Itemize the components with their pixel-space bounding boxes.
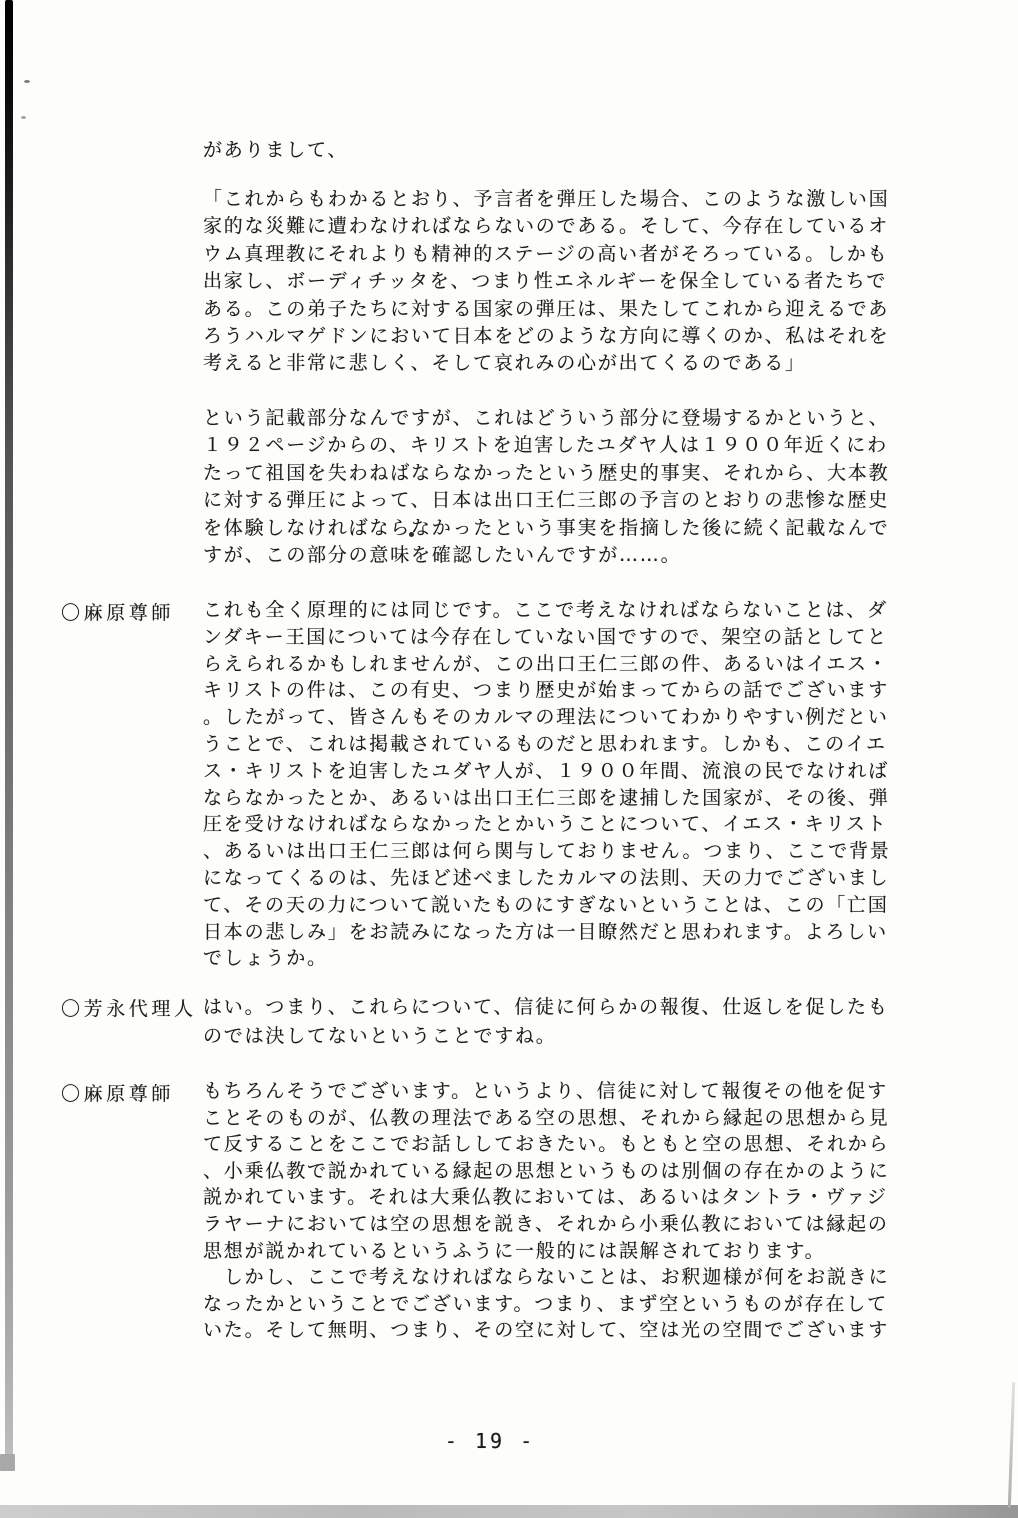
scan-bottom-edge-artifact: [0, 1505, 1018, 1518]
speaker-label: 〇芳永代理人: [61, 994, 197, 1021]
scan-right-edge-artifact: [1008, 1382, 1015, 1508]
text-line: らえられるかもしれませんが、この出口王仁三郎の件、あるいはイエス・: [203, 651, 963, 678]
text-line: キリストの件は、この有史、つまり歴史が始まってからの話でございます: [203, 677, 963, 704]
text-line: ことそのものが、仏教の理法である空の思想、それから縁起の思想から見: [203, 1105, 963, 1132]
scanned-page: がありまして、「これからもわかるとおり、予言者を弾圧した場合、このような激しい国…: [0, 0, 1018, 1518]
scan-binding-artifact: [5, 0, 13, 1456]
text-line: ンダキー王国については今存在していない国ですので、架空の話としてと: [203, 624, 963, 651]
text-line: 、あるいは出口王仁三郎は何ら関与しておりません。つまり、ここで背景: [203, 838, 963, 865]
text-line: ス・キリストを迫害したユダヤ人が、１９００年間、流浪の民でなければ: [203, 758, 963, 785]
text-line: いた。そして無明、つまり、その空に対して、空は光の空間でございます: [203, 1317, 963, 1344]
block-lines: もちろんそうでございます。というより、信徒に対して報復その他を促すことそのものが…: [203, 1078, 963, 1344]
text-line: はい。つまり、これらについて、信徒に何らかの報復、仕返しを促したも: [203, 993, 963, 1022]
text-line: １９２ページからの、キリストを迫害したユダヤ人は１９００年近くにわ: [203, 432, 963, 459]
text-line: 日本の悲しみ」をお読みになった方は一目瞭然だと思われます。よろしい: [203, 919, 963, 946]
scan-binding-foot-artifact: [0, 1454, 15, 1471]
text-line: 思想が説かれているというふうに一般的には誤解されております。: [203, 1238, 963, 1265]
text-line: すが、この部分の意味を確認したいんですが……。: [203, 542, 963, 569]
block-lines: がありまして、: [203, 137, 963, 164]
text-line: 「これからもわかるとおり、予言者を弾圧した場合、このような激しい国: [203, 186, 963, 213]
text-line: 説かれています。それは大乗仏教においては、あるいはタントラ・ヴァジ: [203, 1184, 963, 1211]
text-line: 。したがって、皆さんもそのカルマの理法についてわかりやすい例だとい: [203, 704, 963, 731]
speaker-label: 〇麻原尊師: [61, 1079, 174, 1106]
text-line: ウム真理教にそれよりも精神的ステージの高い者がそろっている。しかも: [203, 241, 963, 268]
scan-speck-artifact: [24, 80, 30, 83]
scan-speck-artifact: [21, 116, 26, 119]
text-line: て、その天の力について説いたものにすぎないということは、この「亡国: [203, 892, 963, 919]
text-line: 出家し、ボーディチッタを、つまり性エネルギーを保全している者たちで: [203, 268, 963, 295]
text-line: ラヤーナにおいては空の思想を説き、それから小乗仏教においては縁起の: [203, 1211, 963, 1238]
block-lines: はい。つまり、これらについて、信徒に何らかの報復、仕返しを促したものでは決してな…: [203, 993, 963, 1051]
block-lines: これも全く原理的には同じです。ここで考えなければならないことは、ダンダキー王国に…: [203, 597, 963, 972]
text-line: 圧を受けなければならなかったとかいうことについて、イエス・キリスト: [203, 811, 963, 838]
text-line: もちろんそうでございます。というより、信徒に対して報復その他を促す: [203, 1078, 963, 1105]
text-line: なったかということでございます。つまり、まず空というものが存在して: [203, 1291, 963, 1318]
text-line: でしょうか。: [203, 945, 963, 972]
text-line: になってくるのは、先ほど述べましたカルマの法則、天の力でございまし: [203, 865, 963, 892]
text-line: を体験しなければならなかったという事実を指摘した後に続く記載なんで: [203, 515, 963, 542]
text-line: うことで、これは掲載されているものだと思われます。しかも、このイエ: [203, 731, 963, 758]
text-line: 考えると非常に悲しく、そして哀れみの心が出てくるのである」: [203, 350, 963, 377]
text-line: 家的な災難に遭わなければならないのである。そして、今存在しているオ: [203, 213, 963, 240]
text-line: ある。この弟子たちに対する国家の弾圧は、果たしてこれから迎えるであ: [203, 296, 963, 323]
text-line: に対する弾圧によって、日本は出口王仁三郎の予言のとおりの悲惨な歴史: [203, 487, 963, 514]
text-line: て反することをここでお話ししておきたい。もともと空の思想、それから: [203, 1131, 963, 1158]
text-line: という記載部分なんですが、これはどういう部分に登場するかというと、: [203, 405, 963, 432]
text-line: ならなかったとか、あるいは出口王仁三郎を逮捕した国家が、その後、弾: [203, 785, 963, 812]
page-number: - 19 -: [430, 1429, 550, 1453]
text-line: 、小乗仏教で説かれている縁起の思想というものは別個の存在かのように: [203, 1158, 963, 1185]
text-line: しかし、ここで考えなければならないことは、お釈迦様が何をお説きに: [203, 1264, 963, 1291]
text-line: ろうハルマゲドンにおいて日本をどのような方向に導くのか、私はそれを: [203, 323, 963, 350]
text-line: たって祖国を失わねばならなかったという歴史的事実、それから、大本教: [203, 460, 963, 487]
text-line: がありまして、: [203, 137, 963, 164]
block-lines: 「これからもわかるとおり、予言者を弾圧した場合、このような激しい国家的な災難に遭…: [203, 186, 963, 378]
speaker-label: 〇麻原尊師: [61, 598, 174, 625]
block-lines: という記載部分なんですが、これはどういう部分に登場するかというと、１９２ページか…: [203, 405, 963, 569]
text-line: これも全く原理的には同じです。ここで考えなければならないことは、ダ: [203, 597, 963, 624]
text-line: のでは決してないということですね。: [203, 1022, 963, 1051]
